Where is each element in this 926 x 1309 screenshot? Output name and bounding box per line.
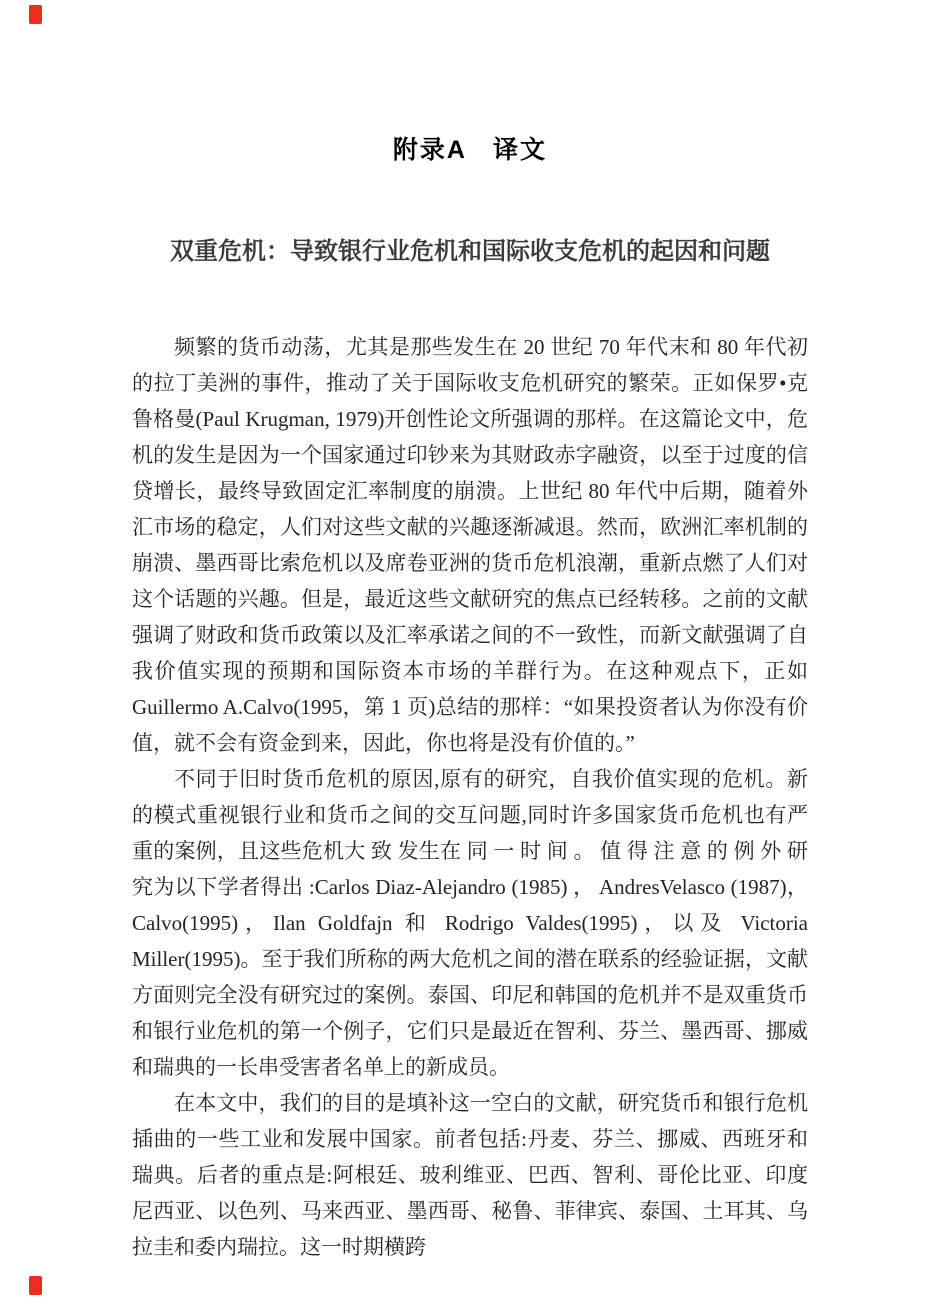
red-margin-mark-bottom	[29, 1276, 42, 1295]
page-content: 附录A 译文 双重危机：导致银行业危机和国际收支危机的起因和问题 频繁的货币动荡…	[132, 0, 808, 1265]
body-paragraph-2: 不同于旧时货币危机的原因,原有的研究，自我价值实现的危机。新的模式重视银行业和货…	[132, 761, 808, 1085]
document-page: 附录A 译文 双重危机：导致银行业危机和国际收支危机的起因和问题 频繁的货币动荡…	[0, 0, 926, 1309]
red-margin-mark-top	[29, 5, 42, 24]
body-text: 频繁的货币动荡，尤其是那些发生在 20 世纪 70 年代末和 80 年代初的拉丁…	[132, 329, 808, 1265]
body-paragraph-1: 频繁的货币动荡，尤其是那些发生在 20 世纪 70 年代末和 80 年代初的拉丁…	[132, 329, 808, 761]
body-paragraph-3: 在本文中，我们的目的是填补这一空白的文献，研究货币和银行危机插曲的一些工业和发展…	[132, 1085, 808, 1265]
appendix-title: 附录A 译文	[132, 135, 808, 165]
document-title: 双重危机：导致银行业危机和国际收支危机的起因和问题	[132, 237, 808, 267]
